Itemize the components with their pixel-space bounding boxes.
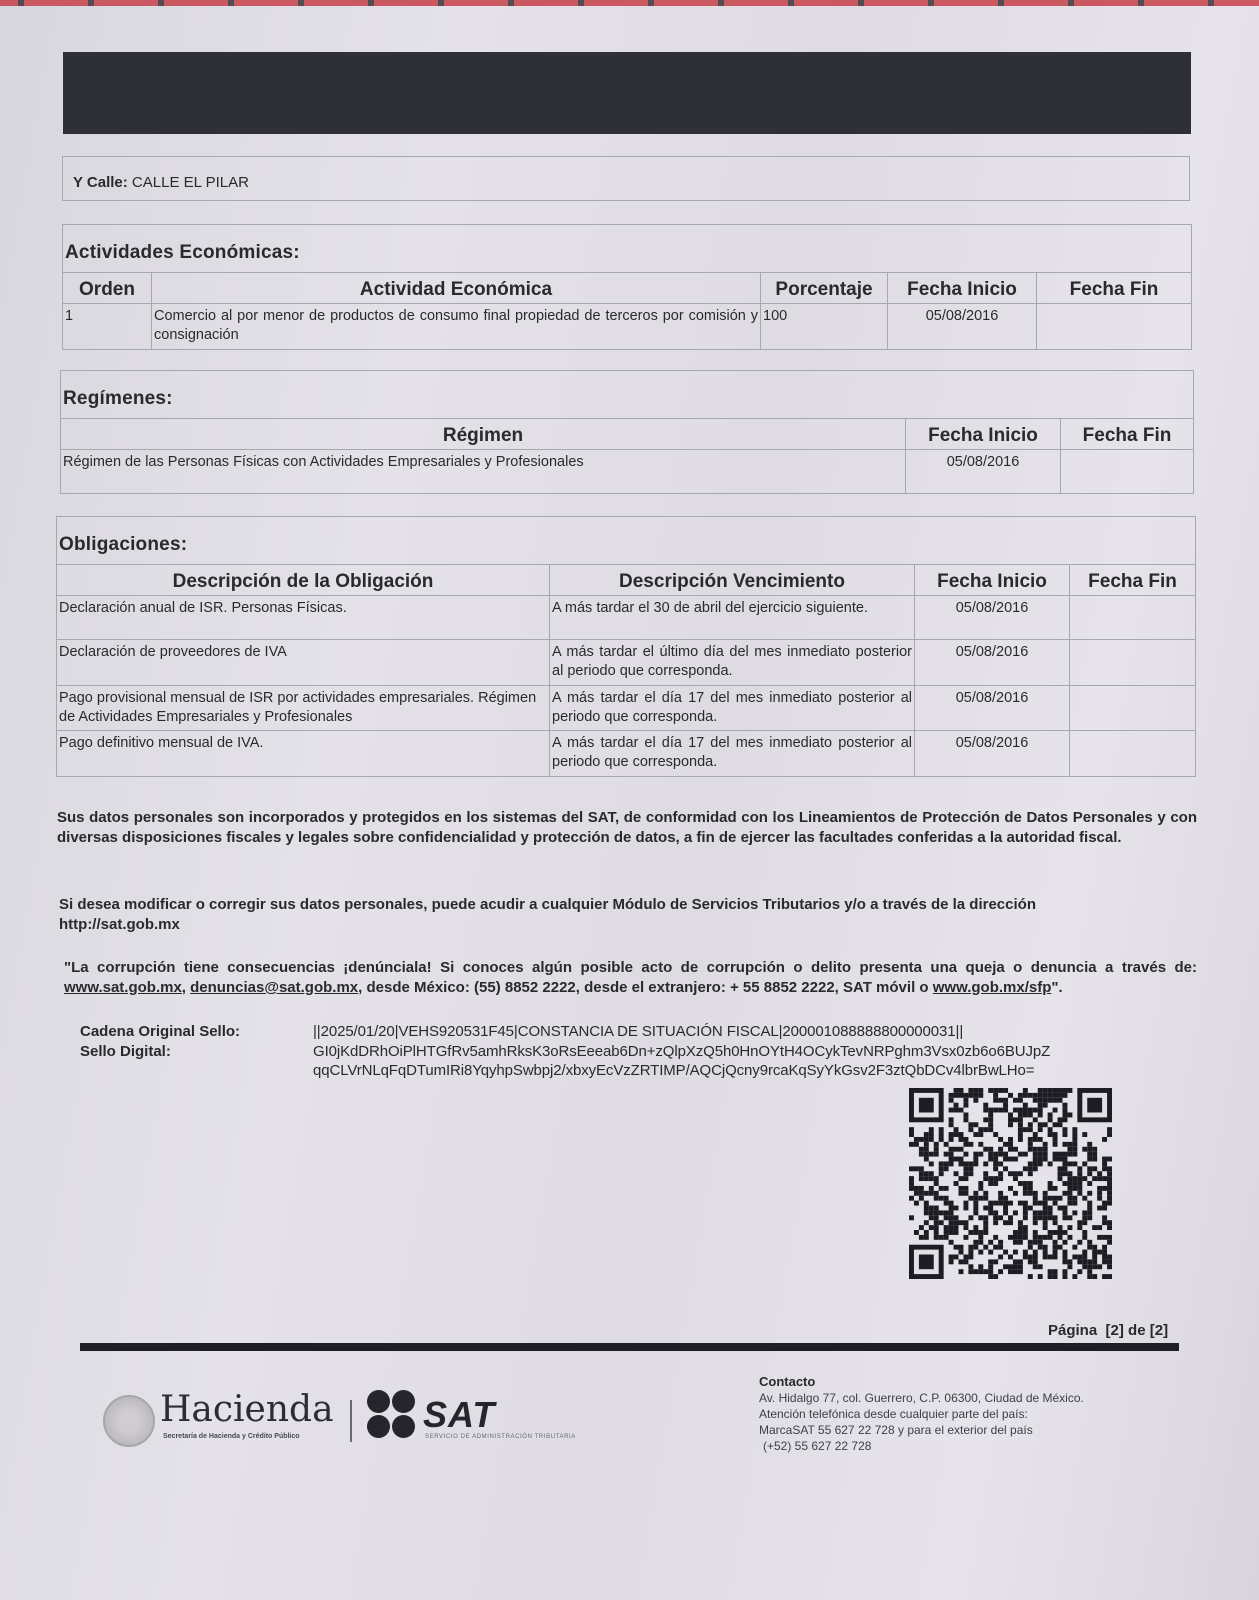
cell-fecha-inicio: 05/08/2016 xyxy=(915,596,1070,640)
sello-values: ||2025/01/20|VEHS920531F45|CONSTANCIA DE… xyxy=(313,1022,1050,1081)
section-title: Actividades Económicas: xyxy=(65,242,300,263)
sello-digital-line1: GI0jKdDRhOiPlHTGfRv5amhRksK3oRsEeeab6Dn+… xyxy=(313,1042,1050,1062)
quote-end: ". xyxy=(1051,979,1062,996)
col-header: Fecha Fin xyxy=(1061,419,1194,450)
col-header: Actividad Económica xyxy=(152,273,761,304)
col-header: Descripción Vencimiento xyxy=(550,565,915,596)
sat-name: SAT xyxy=(423,1394,495,1436)
cell-fecha-inicio: 05/08/2016 xyxy=(906,450,1061,494)
contact-address: Av. Hidalgo 77, col. Guerrero, C.P. 0630… xyxy=(759,1391,1084,1407)
cell-orden: 1 xyxy=(63,304,152,350)
street-value: CALLE EL PILAR xyxy=(132,174,249,191)
cell-descripcion: Declaración anual de ISR. Personas Físic… xyxy=(57,596,550,640)
hacienda-subtitle: Secretaría de Hacienda y Crédito Público xyxy=(163,1433,300,1440)
cell-fecha-inicio: 05/08/2016 xyxy=(888,304,1037,350)
page-number: Página [2] de [2] xyxy=(1048,1322,1168,1339)
cell-descripcion: Pago definitivo mensual de IVA. xyxy=(57,731,550,777)
cell-fecha-fin xyxy=(1070,596,1196,640)
sat-url-link[interactable]: http://sat.gob.mx xyxy=(59,916,180,933)
cell-fecha-inicio: 05/08/2016 xyxy=(915,640,1070,686)
cell-fecha-fin xyxy=(1070,640,1196,686)
street-label: Y Calle: xyxy=(73,174,128,191)
table-row: Declaración de proveedores de IVAA más t… xyxy=(57,640,1196,686)
cell-fecha-inicio: 05/08/2016 xyxy=(915,731,1070,777)
regimenes-table: Régimen Fecha Inicio Fecha Fin Régimen d… xyxy=(60,418,1194,494)
contact-title: Contacto xyxy=(759,1374,815,1389)
sello-label: Sello Digital: xyxy=(80,1042,240,1062)
footer-divider xyxy=(80,1343,1179,1351)
cell-descripcion: Declaración de proveedores de IVA xyxy=(57,640,550,686)
cell-actividad: Comercio al por menor de productos de co… xyxy=(152,304,761,350)
coat-of-arms-icon xyxy=(103,1395,155,1447)
col-header: Fecha Fin xyxy=(1037,273,1192,304)
obligaciones-table: Descripción de la Obligación Descripción… xyxy=(56,564,1196,777)
cell-descripcion: Pago provisional mensual de ISR por acti… xyxy=(57,685,550,731)
cell-fecha-inicio: 05/08/2016 xyxy=(915,685,1070,731)
hacienda-name: Hacienda xyxy=(160,1389,334,1430)
section-title: Regímenes: xyxy=(63,388,173,409)
page-label: Página xyxy=(1048,1322,1097,1339)
col-header: Fecha Inicio xyxy=(906,419,1061,450)
obligaciones-section: Obligaciones: Descripción de la Obligaci… xyxy=(56,516,1196,777)
modify-text: Si desea modificar o corregir sus datos … xyxy=(59,896,1036,913)
contact-block: Contacto Av. Hidalgo 77, col. Guerrero, … xyxy=(759,1373,1084,1455)
table-row: Declaración anual de ISR. Personas Físic… xyxy=(57,596,1196,640)
cell-fecha-fin xyxy=(1037,304,1192,350)
actividades-table: Orden Actividad Económica Porcentaje Fec… xyxy=(62,272,1192,350)
col-header: Fecha Inicio xyxy=(888,273,1037,304)
contact-phone-label: Atención telefónica desde cualquier part… xyxy=(759,1407,1084,1423)
regimenes-section: Regímenes: Régimen Fecha Inicio Fecha Fi… xyxy=(60,370,1194,494)
cell-porcentaje: 100 xyxy=(761,304,888,350)
table-row: Pago definitivo mensual de IVA.A más tar… xyxy=(57,731,1196,777)
sat-website-link[interactable]: www.sat.gob.mx xyxy=(64,979,182,996)
qr-code-icon xyxy=(909,1088,1112,1279)
col-header: Orden xyxy=(63,273,152,304)
cell-vencimiento: A más tardar el último día del mes inmed… xyxy=(550,640,915,686)
cadena-original-value: ||2025/01/20|VEHS920531F45|CONSTANCIA DE… xyxy=(313,1022,1050,1042)
actividades-section: Actividades Económicas: Orden Actividad … xyxy=(62,224,1192,350)
cell-regimen: Régimen de las Personas Físicas con Acti… xyxy=(61,450,906,494)
col-header: Descripción de la Obligación xyxy=(57,565,550,596)
photo-background-edge xyxy=(0,0,1259,6)
table-row: Régimen de las Personas Físicas con Acti… xyxy=(61,450,1194,494)
table-row: Pago provisional mensual de ISR por acti… xyxy=(57,685,1196,731)
cadena-label: Cadena Original Sello: xyxy=(80,1022,240,1042)
col-header: Régimen xyxy=(61,419,906,450)
cell-fecha-fin xyxy=(1070,731,1196,777)
denuncias-email-link[interactable]: denuncias@sat.gob.mx xyxy=(190,979,358,996)
sfp-link[interactable]: www.gob.mx/sfp xyxy=(933,979,1052,996)
contact-phone-national: MarcaSAT 55 627 22 728 y para el exterio… xyxy=(759,1423,1084,1439)
corruption-notice: "La corrupción tiene consecuencias ¡denú… xyxy=(64,958,1197,998)
corruption-phones: , desde México: (55) 8852 2222, desde el… xyxy=(358,979,928,996)
sello-labels: Cadena Original Sello: Sello Digital: xyxy=(80,1022,240,1061)
page-current: [2] xyxy=(1106,1322,1124,1339)
modify-notice: Si desea modificar o corregir sus datos … xyxy=(59,895,1199,935)
cell-fecha-fin xyxy=(1070,685,1196,731)
sello-digital-line2: qqCLVrNLqFqDTumIRi8YqyhpSwbpj2/xbxyEcVzZ… xyxy=(313,1061,1050,1081)
cell-vencimiento: A más tardar el 30 de abril del ejercici… xyxy=(550,596,915,640)
cell-fecha-fin xyxy=(1061,450,1194,494)
redacted-header-bar xyxy=(63,52,1191,134)
col-header: Fecha Fin xyxy=(1070,565,1196,596)
corruption-text: "La corrupción tiene consecuencias ¡denú… xyxy=(64,959,1197,976)
section-title: Obligaciones: xyxy=(59,534,187,555)
cell-vencimiento: A más tardar el día 17 del mes inmediato… xyxy=(550,731,915,777)
contact-phone-international: (+52) 55 627 22 728 xyxy=(759,1439,1084,1455)
col-header: Porcentaje xyxy=(761,273,888,304)
privacy-notice: Sus datos personales son incorporados y … xyxy=(57,808,1197,848)
sat-dots-icon xyxy=(367,1390,417,1440)
sat-subtitle: SERVICIO DE ADMINISTRACIÓN TRIBUTARIA xyxy=(425,1434,576,1440)
col-header: Fecha Inicio xyxy=(915,565,1070,596)
cell-vencimiento: A más tardar el día 17 del mes inmediato… xyxy=(550,685,915,731)
page-of: de xyxy=(1128,1322,1146,1339)
address-street-field: Y Calle: CALLE EL PILAR xyxy=(62,156,1190,201)
table-row: 1 Comercio al por menor de productos de … xyxy=(63,304,1192,350)
logo-divider xyxy=(350,1400,352,1442)
page-total: [2] xyxy=(1150,1322,1168,1339)
